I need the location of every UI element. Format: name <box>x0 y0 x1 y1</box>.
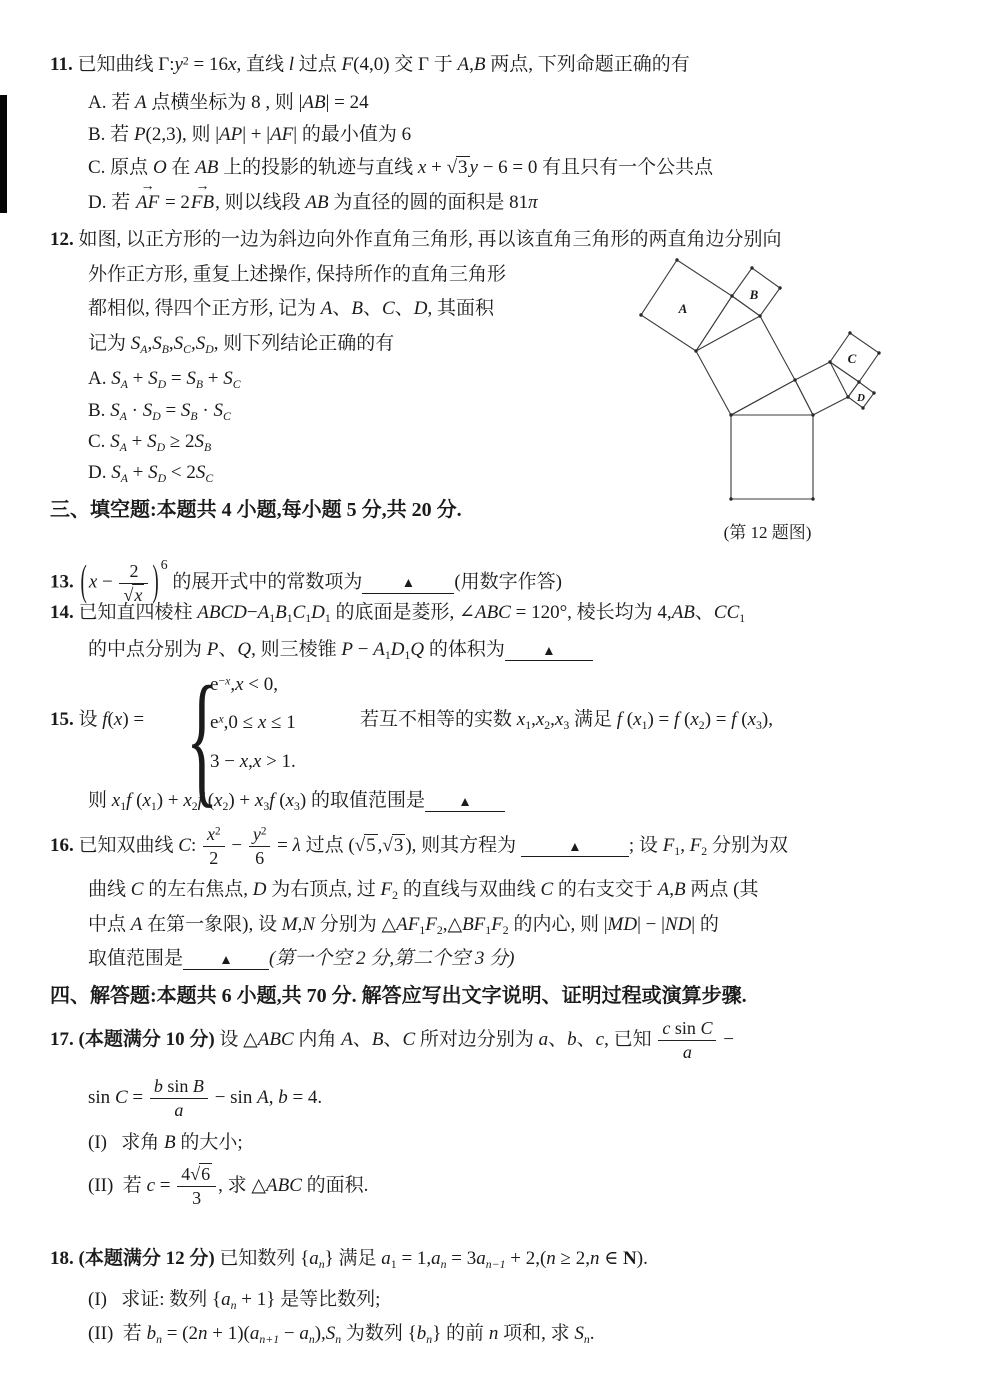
q12-stem-line2: 外作正方形, 重复上述操作, 保持所作的直角三角形 <box>88 262 506 289</box>
fraction: 2√x <box>117 561 150 606</box>
text-run: 已知数列 { <box>215 1248 310 1269</box>
text-run: F <box>380 879 392 900</box>
text-run: 6 <box>161 557 168 572</box>
text-run: = 120°, 棱长均为 4, <box>511 602 672 623</box>
text-run: 2 <box>129 561 138 581</box>
text-run: 为直径的圆的面积是 81 <box>329 192 529 213</box>
text-run: S <box>110 400 120 421</box>
label-square-a: A <box>678 301 688 316</box>
text-run: ABCD <box>197 602 247 623</box>
text-run: x <box>286 790 294 811</box>
q12-stem-line4: 记为 SA,SB,SC,SD, 则下列结论正确的有 <box>88 331 394 358</box>
text-run: 12. <box>50 229 79 250</box>
text-run: C <box>178 835 191 856</box>
text-run: S <box>174 333 184 354</box>
text-run: = <box>155 1175 175 1196</box>
text-run: λ <box>293 835 301 856</box>
text-run: x <box>235 674 243 695</box>
square-left-branch <box>696 316 795 415</box>
text-run: 的内心, 则 | <box>509 914 608 935</box>
text-run: D <box>311 602 325 623</box>
text-run: a <box>221 1289 231 1310</box>
text-run: 的面积. <box>302 1175 369 1196</box>
square-base <box>731 415 813 499</box>
text-run: M <box>282 914 298 935</box>
text-run: = (2 <box>162 1323 198 1344</box>
text-run: ( <box>79 516 89 649</box>
text-run: · <box>127 400 143 421</box>
triangle-main <box>731 380 813 415</box>
text-run: C <box>402 1029 415 1050</box>
text-run: 5 <box>366 835 376 856</box>
text-run: C <box>700 1018 712 1038</box>
text-run: A <box>121 472 128 485</box>
fraction: 4√63 <box>175 1164 218 1209</box>
text-run: + 2,( <box>505 1248 546 1269</box>
text-run: AP <box>219 124 242 145</box>
text-run: + 1)( <box>208 1323 250 1344</box>
q14-line2: 的中点分别为 P、Q, 则三棱锥 P − A1D1Q 的体积为▲ <box>88 637 593 664</box>
text-run: x <box>517 709 525 730</box>
text-run: 、 <box>383 1029 402 1050</box>
text-run: − <box>353 639 373 660</box>
q17-line2: sin C = b sin Ba − sin A, b = 4. <box>88 1071 322 1125</box>
text-run: − <box>227 835 247 856</box>
text-run: + <box>426 157 446 178</box>
square-root: √3 <box>382 834 405 856</box>
text-run: A <box>135 92 147 113</box>
text-run: B <box>193 1076 204 1096</box>
section-4-heading: 四、解答题:本题共 6 小题,共 70 分. 解答应写出文字说明、证明过程或演算… <box>50 982 747 1010</box>
text-run: 都相似, 得四个正方形, 记为 <box>88 298 321 319</box>
text-run: AF <box>270 124 293 145</box>
text-run: 为数列 { <box>341 1323 417 1344</box>
q17-part1: (I) 求角 B 的大小; <box>88 1130 243 1157</box>
text-run: (第一个空 2 分,第二个空 3 分) <box>269 948 514 969</box>
text-run: AB <box>305 192 328 213</box>
text-run: C <box>131 879 144 900</box>
q11-option-d: D. 若 AF→ = 2FB→, 则以线段 AB 为直径的圆的面积是 81π <box>88 190 538 217</box>
q12-stem-line3: 都相似, 得四个正方形, 记为 A、B、C、D, 其面积 <box>88 296 494 323</box>
text-run: (I) 求角 <box>88 1132 164 1153</box>
text-run: 11. <box>50 54 77 75</box>
q15-condition: 若互不相等的实数 x1,x2,x3 满足 f (x1) = f (x2) = f… <box>360 707 773 734</box>
fraction: c sin Ca <box>656 1018 718 1063</box>
text-run: a <box>250 1323 260 1344</box>
text-run: 3 <box>394 835 404 856</box>
text-run: B <box>351 298 363 319</box>
text-run: 设 △ <box>215 1029 258 1050</box>
text-run: 分别为 △ <box>315 914 396 935</box>
text-run: | = 24 <box>326 92 369 113</box>
text-run: ), 则其方程为 <box>405 835 521 856</box>
q12-figure: A B C D <box>630 256 905 508</box>
text-run: 所对边分别为 <box>415 1029 539 1050</box>
text-run: A <box>131 914 143 935</box>
text-run: F <box>690 835 702 856</box>
text-run: 过点 <box>294 54 342 75</box>
answer-blank: ▲ <box>425 794 505 812</box>
text-run: + <box>128 462 148 483</box>
q11-option-b: B. 若 P(2,3), 则 |AP| + |AF| 的最小值为 6 <box>88 122 411 149</box>
q15-case-1: e−x,x < 0, <box>210 673 278 698</box>
q16-line2: 曲线 C 的左右焦点, D 为右顶点, 过 F2 的直线与双曲线 C 的右支交于… <box>88 877 758 904</box>
text-run: S <box>148 462 158 483</box>
label-square-d: D <box>856 392 865 404</box>
text-run: = 16 <box>189 54 228 75</box>
text-run: · <box>198 400 214 421</box>
square-right-branch <box>795 362 848 415</box>
text-run: F <box>491 914 503 935</box>
text-run: 上的投影的轨迹与直线 <box>218 157 418 178</box>
text-run: ≤ 1 <box>266 712 295 733</box>
text-run: C <box>223 410 231 423</box>
text-run: a <box>539 1029 549 1050</box>
text-run: (I) 求证: 数列 { <box>88 1289 221 1310</box>
text-run: x <box>112 790 120 811</box>
text-run: S <box>131 333 141 354</box>
text-run: ABC <box>266 1175 302 1196</box>
text-run: a <box>381 1248 391 1269</box>
text-run: ( <box>203 790 214 811</box>
text-run: 如图, 以正方形的一边为斜边向外作直角三角形, 再以该直角三角形的两直角边分别向 <box>79 229 782 250</box>
text-run: C <box>293 602 306 623</box>
text-run: 为右顶点, 过 <box>266 879 380 900</box>
text-run: 、 <box>218 639 237 660</box>
text-run: c <box>596 1029 604 1050</box>
text-run: x <box>142 790 150 811</box>
text-run: n <box>489 1323 499 1344</box>
text-run: π <box>528 192 538 213</box>
text-run: 已知曲线 Γ: <box>77 54 174 75</box>
text-run: . <box>590 1323 595 1344</box>
text-run: y <box>253 824 261 844</box>
text-run: } 的前 <box>432 1323 489 1344</box>
text-run: (用数字作答) <box>454 571 562 592</box>
text-run: (II) 若 <box>88 1175 147 1196</box>
text-run: 的大小; <box>176 1132 243 1153</box>
q12-option-c: C. SA + SD ≥ 2SB <box>88 429 211 456</box>
text-run: ( <box>679 709 690 730</box>
text-run: ND <box>665 914 691 935</box>
text-run: S <box>143 400 153 421</box>
text-run: S <box>110 431 120 452</box>
text-run: D. 若 <box>88 192 135 213</box>
text-run: (II) 若 <box>88 1323 147 1344</box>
text-run: F <box>663 835 675 856</box>
text-run: S <box>574 1323 584 1344</box>
text-run: 已知直四棱柱 <box>79 602 198 623</box>
text-run: (2,3), 则 | <box>146 124 219 145</box>
text-run: S <box>147 431 157 452</box>
text-run: O <box>153 157 167 178</box>
text-run: S <box>195 431 205 452</box>
square-root: √6 <box>190 1163 212 1184</box>
text-run: S <box>223 368 233 389</box>
text-run: S <box>196 462 206 483</box>
exam-page: { "page": {"bg": "#ffffff", "text_color"… <box>0 0 991 1385</box>
text-run: C <box>382 298 395 319</box>
text-run: x <box>183 790 191 811</box>
q14-line1: 14. 已知直四棱柱 ABCD−A1B1C1D1 的底面是菱形, ∠ABC = … <box>50 600 745 627</box>
text-run: 4 <box>181 1164 190 1184</box>
text-run: | + | <box>242 124 270 145</box>
text-run: 3 <box>458 157 468 178</box>
text-run: C <box>540 879 553 900</box>
text-run: = 2 <box>160 192 190 213</box>
text-run: 中点 <box>88 914 131 935</box>
text-run: sin <box>88 1087 115 1108</box>
text-run: A <box>658 879 670 900</box>
text-run: 、 <box>548 1029 567 1050</box>
text-run: n−1 <box>486 1258 506 1271</box>
text-run: 15. <box>50 709 79 730</box>
text-run: 1 <box>739 612 745 625</box>
text-run: a <box>299 1323 309 1344</box>
text-run: a <box>309 1248 319 1269</box>
text-run: S <box>152 333 162 354</box>
text-run: AB <box>302 92 325 113</box>
vector: AF→ <box>135 190 160 217</box>
text-run: D <box>205 343 214 356</box>
q11-option-a: A. 若 A 点横坐标为 8 , 则 |AB| = 24 <box>88 90 369 117</box>
text-run: b <box>567 1029 577 1050</box>
text-run: 两点 (其 <box>686 879 759 900</box>
text-run: 的左右焦点, <box>143 879 252 900</box>
q12-option-a: A. SA + SD = SB + SC <box>88 366 241 393</box>
text-run: 的底面是菱形, ∠ <box>331 602 475 623</box>
text-run: + 1} 是等比数列; <box>237 1289 381 1310</box>
triangle-right <box>830 362 859 397</box>
text-run: ), <box>315 1323 326 1344</box>
text-run: 若互不相等的实数 <box>360 709 517 730</box>
text-run: B. 若 <box>88 124 134 145</box>
answer-blank: ▲ <box>183 952 269 970</box>
text-run: = <box>161 400 181 421</box>
text-run: 17. <box>50 1029 79 1050</box>
text-run: , 则三棱锥 <box>251 639 341 660</box>
text-run: b <box>154 1076 163 1096</box>
text-run: ) + <box>228 790 255 811</box>
text-run: , 直线 <box>236 54 288 75</box>
q16-line1: 16. 已知双曲线 C: x22 − y26 = λ 过点 (√5,√3), 则… <box>50 819 788 879</box>
text-run: } 满足 <box>325 1248 382 1269</box>
text-run: 分别为双 <box>707 835 788 856</box>
text-run: x <box>748 709 756 730</box>
text-run: ) = <box>647 709 674 730</box>
text-run: − 6 = 0 有且只有一个公共点 <box>478 157 713 178</box>
text-run: S <box>186 368 196 389</box>
text-run: MD <box>608 914 638 935</box>
text-run: < 0, <box>244 674 278 695</box>
text-run: = <box>166 368 186 389</box>
text-run: 已知双曲线 <box>79 835 179 856</box>
text-run: C. 原点 <box>88 157 153 178</box>
text-run: | 的 <box>691 914 719 935</box>
text-run: x <box>207 824 215 844</box>
text-run: A. 若 <box>88 92 135 113</box>
text-run: BF <box>462 914 485 935</box>
text-run: ) = <box>705 709 732 730</box>
text-run: + <box>128 368 148 389</box>
text-run: D <box>152 410 161 423</box>
text-run: ABC <box>475 602 511 623</box>
text-run: D. <box>88 462 111 483</box>
text-run: B <box>674 879 686 900</box>
text-run: , 其面积 <box>427 298 494 319</box>
q11-option-c: C. 原点 O 在 AB 上的投影的轨迹与直线 x + √3y − 6 = 0 … <box>88 155 713 182</box>
text-run: ), <box>762 709 773 730</box>
label-square-c: C <box>848 351 857 366</box>
text-run: ). <box>637 1248 648 1269</box>
text-run: A <box>341 1029 353 1050</box>
text-run: a <box>476 1248 486 1269</box>
text-run: (4,0) 交 Γ 于 <box>353 54 457 75</box>
text-run: 16. <box>50 835 79 856</box>
text-run: ; 设 <box>629 835 663 856</box>
text-run: P <box>134 124 146 145</box>
text-run: (本题满分 12 分) <box>79 1248 215 1269</box>
text-run: , 则下列结论正确的有 <box>214 333 395 354</box>
text-run: − <box>718 1029 733 1050</box>
text-run: C <box>233 378 241 391</box>
text-run: 则 <box>88 790 112 811</box>
text-run: ) <box>150 516 160 649</box>
text-run: = <box>128 1087 148 1108</box>
q15-case-3: 3 − x,x > 1. <box>210 750 296 775</box>
text-run: 2 <box>215 826 221 838</box>
square-root: √3 <box>447 156 470 178</box>
q11-stem: 11. 已知曲线 Γ:y2 = 16x, 直线 l 过点 F(4,0) 交 Γ … <box>50 52 690 79</box>
section-3-heading: 三、填空题:本题共 4 小题,每小题 5 分,共 20 分. <box>50 496 462 524</box>
q17-part2: (II) 若 c = 4√63, 求 △ABC 的面积. <box>88 1158 368 1214</box>
text-run: A. <box>88 368 111 389</box>
text-run: = 3 <box>447 1248 477 1269</box>
text-run: AF <box>396 914 419 935</box>
text-run: 2 <box>209 848 218 868</box>
text-run: ≥ 2, <box>556 1248 590 1269</box>
text-run: D <box>391 639 405 660</box>
text-run: 记为 <box>88 333 131 354</box>
fraction: b sin Ba <box>148 1076 210 1121</box>
text-run: , <box>269 1087 279 1108</box>
text-run: = 1, <box>397 1248 431 1269</box>
text-run: 6 <box>255 848 264 868</box>
text-run: D <box>414 298 428 319</box>
text-run: 过点 ( <box>301 835 355 856</box>
scan-artifact-bar <box>0 95 7 213</box>
text-run: = <box>272 835 292 856</box>
text-run: ) 的取值范围是 <box>300 790 425 811</box>
text-run: S <box>181 400 191 421</box>
text-run: + <box>203 368 223 389</box>
text-run: 、 <box>332 298 351 319</box>
text-run: D <box>158 378 167 391</box>
text-run: n <box>546 1248 556 1269</box>
text-run: A <box>257 1087 269 1108</box>
text-run: − <box>97 571 117 592</box>
text-run: ABC <box>258 1029 294 1050</box>
text-run: A <box>120 410 127 423</box>
text-run: S <box>213 400 223 421</box>
text-run: A <box>373 639 385 660</box>
text-run: A <box>258 602 270 623</box>
text-run: 18. <box>50 1248 79 1269</box>
text-run: − <box>279 1323 299 1344</box>
vertex-dots <box>639 258 880 500</box>
text-run: S <box>111 462 121 483</box>
text-run: a <box>683 1042 692 1062</box>
text-run: 13. <box>50 571 79 592</box>
text-run: ,△ <box>443 914 462 935</box>
text-run: b <box>278 1087 288 1108</box>
text-run: S <box>196 333 206 354</box>
q18-part2: (II) 若 bn = (2n + 1)(an+1 − an),Sn 为数列 {… <box>88 1321 594 1348</box>
text-run: 、 <box>695 602 714 623</box>
text-run: c <box>147 1175 155 1196</box>
text-run: b <box>417 1323 427 1344</box>
triangle-left <box>696 296 760 351</box>
text-run: 内角 <box>294 1029 342 1050</box>
text-run: AB <box>195 157 218 178</box>
q18-line1: 18. (本题满分 12 分) 已知数列 {an} 满足 a1 = 1,an =… <box>50 1246 648 1273</box>
text-run: S <box>111 368 121 389</box>
text-run: 项和, 求 <box>498 1323 574 1344</box>
text-run: + <box>127 431 147 452</box>
text-run: B <box>196 378 203 391</box>
text-run: ≥ 2 <box>165 431 194 452</box>
q16-line3: 中点 A 在第一象限), 设 M,N 分别为 △AF1F2,△BF1F2 的内心… <box>88 912 719 939</box>
text-run: 、 <box>363 298 382 319</box>
text-run: 在第一象限), 设 <box>142 914 281 935</box>
text-run: 曲线 <box>88 879 131 900</box>
text-run: sin <box>163 1076 193 1096</box>
text-run: D <box>253 879 267 900</box>
text-run: Q <box>410 639 424 660</box>
text-run: A <box>120 441 127 454</box>
text-run: 、 <box>395 298 414 319</box>
q12-option-d: D. SA + SD < 2SC <box>88 460 213 487</box>
text-run: 的右支交于 <box>553 879 658 900</box>
text-run: ( <box>622 709 633 730</box>
text-run: y <box>174 54 182 75</box>
text-run: 的体积为 <box>424 639 505 660</box>
text-run: ) + <box>157 790 184 811</box>
text-run: 满足 <box>569 709 617 730</box>
text-run: P <box>341 639 353 660</box>
text-run: x <box>633 709 641 730</box>
text-run: B <box>474 54 486 75</box>
text-run: B <box>372 1029 384 1050</box>
text-run: x <box>690 709 698 730</box>
text-run: − <box>247 602 258 623</box>
text-run: ) = <box>122 709 144 730</box>
text-run: 外作正方形, 重复上述操作, 保持所作的直角三角形 <box>88 264 506 285</box>
text-run: B <box>204 441 211 454</box>
text-run: 、 <box>353 1029 372 1050</box>
q12-option-b: B. SA · SD = SB · SC <box>88 398 231 425</box>
text-run: F <box>425 914 437 935</box>
text-run: 14. <box>50 602 79 623</box>
text-run: 3 − <box>210 751 240 772</box>
text-run: < 2 <box>166 462 196 483</box>
q17-line1: 17. (本题满分 10 分) 设 △ABC 内角 A、B、C 所对边分别为 a… <box>50 1013 734 1067</box>
text-run: > 1. <box>261 751 295 772</box>
text-run: | 的最小值为 6 <box>293 124 411 145</box>
text-run: 的展开式中的常数项为 <box>168 571 363 592</box>
text-run: = 4. <box>288 1087 322 1108</box>
text-run: (本题满分 10 分) <box>79 1029 215 1050</box>
